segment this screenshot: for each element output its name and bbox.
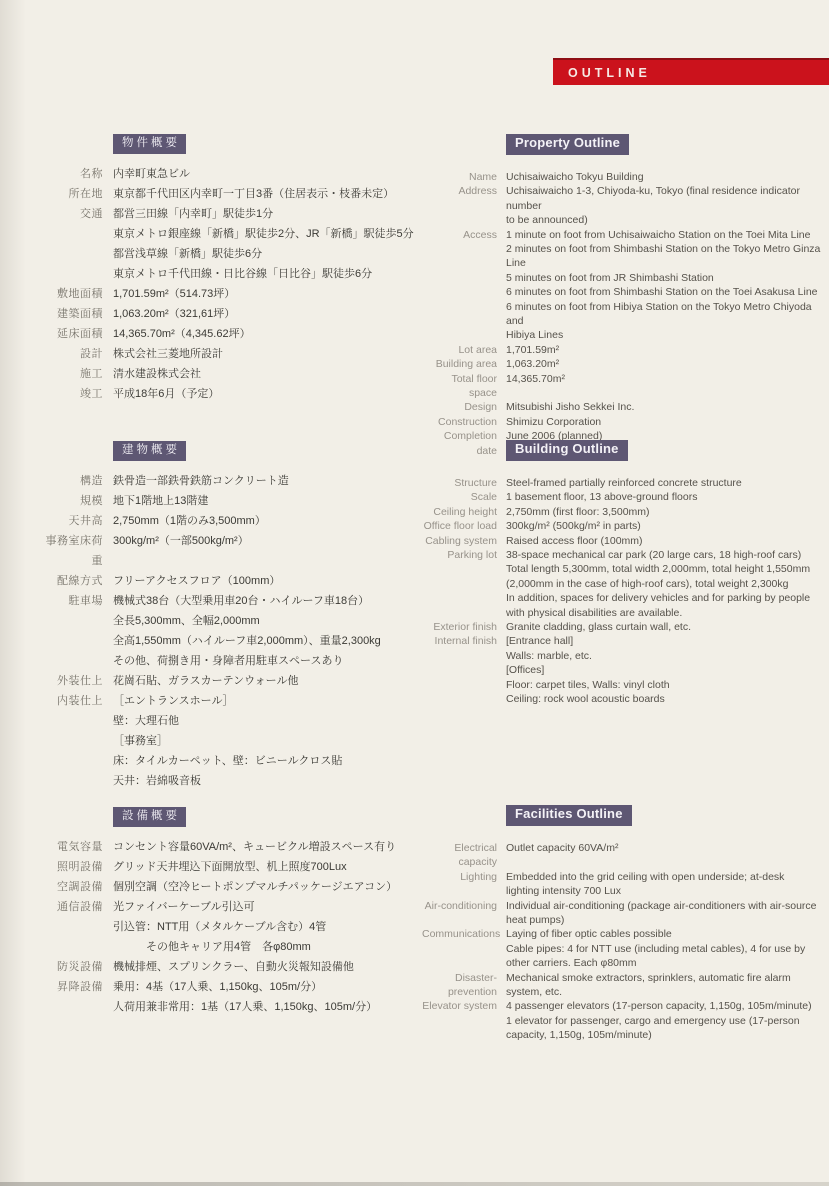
spec-value: Uchisaiwaicho 1-3, Chiyoda-ku, Tokyo (fi…	[506, 184, 824, 227]
spec-label: Exterior finish	[422, 620, 497, 634]
jp-facilities-rows: 電気容量コンセント容量60VA/m²、キュービクル増設スペース有り照明設備グリッ…	[36, 837, 424, 1017]
spec-label: Scale	[422, 490, 497, 504]
spec-value-line: system, etc.	[506, 985, 824, 999]
spec-value-line: 人荷用兼非常用：1基（17人乗、1,150kg、105m/分）	[113, 997, 424, 1017]
spec-value: 個別空調（空冷ヒートポンプマルチパッケージエアコン）	[113, 877, 424, 897]
spec-value-line: 機械排煙、スプリンクラー、自動火災報知設備他	[113, 957, 424, 977]
spec-value-line: heat pumps)	[506, 913, 824, 927]
spec-value: 4 passenger elevators (17-person capacit…	[506, 999, 824, 1042]
spec-row: Scale1 basement floor, 13 above-ground f…	[422, 490, 824, 504]
spec-row: Air-conditioningIndividual air-condition…	[422, 899, 824, 928]
spec-label: 所在地	[36, 184, 103, 204]
jp-section-facilities: 設備概要 電気容量コンセント容量60VA/m²、キュービクル増設スペース有り照明…	[36, 806, 424, 1017]
spec-row: Total floor space14,365.70m²	[422, 372, 824, 401]
spec-value: Steel-framed partially reinforced concre…	[506, 476, 824, 490]
spec-value: 光ファイバーケーブル引込可引込管：NTT用（メタルケーブル含む）4管 その他キャ…	[113, 897, 424, 957]
spec-label: 駐車場	[36, 591, 103, 611]
spec-value-line: Floor: carpet tiles, Walls: vinyl cloth	[506, 678, 824, 692]
spec-value: ［エントランスホール］壁：大理石他［事務室］床：タイルカーペット、壁：ビニールク…	[113, 691, 424, 791]
spec-label: Disaster-prevention	[422, 971, 497, 1000]
spec-value: 1,063.20m²（321,61坪）	[113, 304, 424, 324]
jp-property-rows: 名称内幸町東急ビル所在地東京都千代田区内幸町一丁目3番（住居表示・枝番未定）交通…	[36, 164, 424, 404]
spec-value-line: その他、荷捌き用・身障者用駐車スペースあり	[113, 651, 424, 671]
spec-value-line: Granite cladding, glass curtain wall, et…	[506, 620, 824, 634]
en-facilities-rows: Electrical capacityOutlet capacity 60VA/…	[422, 841, 824, 1043]
spec-row: Ceiling height2,750mm (first floor: 3,50…	[422, 505, 824, 519]
spec-value-line: フリーアクセスフロア（100mm）	[113, 571, 424, 591]
spec-label: Lighting	[422, 870, 497, 884]
spec-value: Uchisaiwaicho Tokyu Building	[506, 170, 824, 184]
spec-value-line: Mitsubishi Jisho Sekkei Inc.	[506, 400, 824, 414]
spec-value: 1,701.59m²（514.73坪）	[113, 284, 424, 304]
spec-value: 東京都千代田区内幸町一丁目3番（住居表示・枝番未定）	[113, 184, 424, 204]
spec-value-line: 東京メトロ銀座線「新橋」駅徒歩2分、JR「新橋」駅徒歩5分	[113, 224, 424, 244]
english-column: Property Outline NameUchisaiwaicho Tokyu…	[422, 0, 824, 1186]
spec-row: Disaster-preventionMechanical smoke extr…	[422, 971, 824, 1000]
spec-label: 延床面積	[36, 324, 103, 344]
spec-value: 300kg/m² (500kg/m² in parts)	[506, 519, 824, 533]
spec-label: 設計	[36, 344, 103, 364]
spec-value: 乗用：4基（17人乗、1,150kg、105m/分）人荷用兼非常用：1基（17人…	[113, 977, 424, 1017]
spec-value-line: 6 minutes on foot from Hibiya Station on…	[506, 300, 824, 329]
spec-row: 構造鉄骨造一部鉄骨鉄筋コンクリート造	[36, 471, 424, 491]
spec-label: Office floor load	[422, 519, 497, 533]
spec-value-line: 東京都千代田区内幸町一丁目3番（住居表示・枝番未定）	[113, 184, 424, 204]
spec-label: 交通	[36, 204, 103, 224]
spec-label: 名称	[36, 164, 103, 184]
spec-value: Outlet capacity 60VA/m²	[506, 841, 824, 855]
spec-value: Granite cladding, glass curtain wall, et…	[506, 620, 824, 634]
spec-value-line: Laying of fiber optic cables possible	[506, 927, 824, 941]
spec-value: Mechanical smoke extractors, sprinklers,…	[506, 971, 824, 1000]
spec-value-line: 清水建設株式会社	[113, 364, 424, 384]
spec-row: 外装仕上花崗石貼、ガラスカーテンウォール他	[36, 671, 424, 691]
spec-value-line: Uchisaiwaicho Tokyu Building	[506, 170, 824, 184]
spec-label: 事務室床荷重	[36, 531, 103, 571]
spec-value-line: 内幸町東急ビル	[113, 164, 424, 184]
spec-label: 空調設備	[36, 877, 103, 897]
spec-value-line: Total length 5,300mm, total width 2,000m…	[506, 562, 824, 576]
spec-value-line: ［エントランスホール］	[113, 691, 424, 711]
spec-value-line: Uchisaiwaicho 1-3, Chiyoda-ku, Tokyo (fi…	[506, 184, 824, 213]
spec-label: 敷地面積	[36, 284, 103, 304]
spec-value-line: 6 minutes on foot from Shimbashi Station…	[506, 285, 824, 299]
spec-value-line: 都営浅草線「新橋」駅徒歩6分	[113, 244, 424, 264]
spec-row: 竣工平成18年6月（予定）	[36, 384, 424, 404]
spec-row: Office floor load300kg/m² (500kg/m² in p…	[422, 519, 824, 533]
spec-label: Design	[422, 400, 497, 414]
spec-value-line: (2,000mm in the case of high-roof cars),…	[506, 577, 824, 591]
spec-row: NameUchisaiwaicho Tokyu Building	[422, 170, 824, 184]
spec-value: 38-space mechanical car park (20 large c…	[506, 548, 824, 620]
spec-value-line: 花崗石貼、ガラスカーテンウォール他	[113, 671, 424, 691]
spec-value-line: Outlet capacity 60VA/m²	[506, 841, 824, 855]
spec-value-line: 個別空調（空冷ヒートポンプマルチパッケージエアコン）	[113, 877, 424, 897]
spec-row: LightingEmbedded into the grid ceiling w…	[422, 870, 824, 899]
spec-value-line: 300kg/m²（一部500kg/m²）	[113, 531, 424, 551]
spec-row: 設計株式会社三菱地所設計	[36, 344, 424, 364]
spec-value: Shimizu Corporation	[506, 415, 824, 429]
spec-value-line: with physical disabilities are available…	[506, 606, 824, 620]
spec-label: 配線方式	[36, 571, 103, 591]
en-section-property: Property Outline NameUchisaiwaicho Tokyu…	[422, 134, 824, 458]
spec-value-line: 乗用：4基（17人乗、1,150kg、105m/分）	[113, 977, 424, 997]
spec-label: Total floor space	[422, 372, 497, 401]
spec-row: 所在地東京都千代田区内幸町一丁目3番（住居表示・枝番未定）	[36, 184, 424, 204]
spec-value-line: [Offices]	[506, 663, 824, 677]
spec-row: Cabling systemRaised access floor (100mm…	[422, 534, 824, 548]
spec-row: 電気容量コンセント容量60VA/m²、キュービクル増設スペース有り	[36, 837, 424, 857]
spec-row: 駐車場機械式38台（大型乗用車20台・ハイルーフ車18台）全長5,300mm、全…	[36, 591, 424, 671]
spec-label: Cabling system	[422, 534, 497, 548]
spec-value-line: コンセント容量60VA/m²、キュービクル増設スペース有り	[113, 837, 424, 857]
scan-edge-shading	[0, 0, 26, 1186]
spec-value-line: Hibiya Lines	[506, 328, 824, 342]
jp-section-title-property: 物件概要	[113, 134, 186, 154]
spec-value-line: 全長5,300mm、全幅2,000mm	[113, 611, 424, 631]
spec-row: 照明設備グリッド天井埋込下面開放型、机上照度700Lux	[36, 857, 424, 877]
jp-section-property: 物件概要 名称内幸町東急ビル所在地東京都千代田区内幸町一丁目3番（住居表示・枝番…	[36, 133, 424, 404]
spec-value-line: Embedded into the grid ceiling with open…	[506, 870, 824, 884]
spec-value: 内幸町東急ビル	[113, 164, 424, 184]
spec-value: 14,365.70m²	[506, 372, 824, 386]
spec-value-line: 1 minute on foot from Uchisaiwaicho Stat…	[506, 228, 824, 242]
spec-row: 空調設備個別空調（空冷ヒートポンプマルチパッケージエアコン）	[36, 877, 424, 897]
spec-value-line: 床：タイルカーペット、壁：ビニールクロス貼	[113, 751, 424, 771]
spec-value-line: other carriers. Each φ80mm	[506, 956, 824, 970]
spec-label: 昇降設備	[36, 977, 103, 997]
spec-value-line: 1,701.59m²	[506, 343, 824, 357]
spec-value: 株式会社三菱地所設計	[113, 344, 424, 364]
spec-value-line: 東京メトロ千代田線・日比谷線「日比谷」駅徒歩6分	[113, 264, 424, 284]
spec-label: Electrical capacity	[422, 841, 497, 870]
spec-value: Laying of fiber optic cables possibleCab…	[506, 927, 824, 970]
spec-row: Exterior finishGranite cladding, glass c…	[422, 620, 824, 634]
spec-row: Internal finish[Entrance hall]Walls: mar…	[422, 634, 824, 706]
spec-row: Lot area1,701.59m²	[422, 343, 824, 357]
japanese-column: 物件概要 名称内幸町東急ビル所在地東京都千代田区内幸町一丁目3番（住居表示・枝番…	[36, 0, 424, 1186]
spec-row: CommunicationsLaying of fiber optic cabl…	[422, 927, 824, 970]
spec-value-line: 14,365.70m²（4,345.62坪）	[113, 324, 424, 344]
spec-value: 鉄骨造一部鉄骨鉄筋コンクリート造	[113, 471, 424, 491]
spec-value: コンセント容量60VA/m²、キュービクル増設スペース有り	[113, 837, 424, 857]
spec-value-line: Mechanical smoke extractors, sprinklers,…	[506, 971, 824, 985]
spec-label: 建築面積	[36, 304, 103, 324]
spec-value: Raised access floor (100mm)	[506, 534, 824, 548]
spec-value-line: 1,063.20m²（321,61坪）	[113, 304, 424, 324]
en-property-rows: NameUchisaiwaicho Tokyu BuildingAddressU…	[422, 170, 824, 458]
spec-row: Elevator system4 passenger elevators (17…	[422, 999, 824, 1042]
spec-value-line: 地下1階地上13階建	[113, 491, 424, 511]
spec-value-line: 天井：岩綿吸音板	[113, 771, 424, 791]
spec-value: 地下1階地上13階建	[113, 491, 424, 511]
spec-value: 1,701.59m²	[506, 343, 824, 357]
spec-value-line: 38-space mechanical car park (20 large c…	[506, 548, 824, 562]
spec-value-line: Cable pipes: 4 for NTT use (including me…	[506, 942, 824, 956]
spec-value-line: [Entrance hall]	[506, 634, 824, 648]
spec-row: 通信設備光ファイバーケーブル引込可引込管：NTT用（メタルケーブル含む）4管 そ…	[36, 897, 424, 957]
spec-value-line: 5 minutes on foot from JR Shimbashi Stat…	[506, 271, 824, 285]
spec-value-line: 1 elevator for passenger, cargo and emer…	[506, 1014, 824, 1028]
spec-value-line: to be announced)	[506, 213, 824, 227]
spec-label: 天井高	[36, 511, 103, 531]
spec-value-line: 1 basement floor, 13 above-ground floors	[506, 490, 824, 504]
spec-row: Access1 minute on foot from Uchisaiwaich…	[422, 228, 824, 343]
spec-label: 照明設備	[36, 857, 103, 877]
spec-label: 施工	[36, 364, 103, 384]
spec-row: 施工清水建設株式会社	[36, 364, 424, 384]
spec-row: 昇降設備乗用：4基（17人乗、1,150kg、105m/分）人荷用兼非常用：1基…	[36, 977, 424, 1017]
spec-row: Parking lot38-space mechanical car park …	[422, 548, 824, 620]
spec-label: Address	[422, 184, 497, 198]
spec-label: Parking lot	[422, 548, 497, 562]
spec-value-line: 1,701.59m²（514.73坪）	[113, 284, 424, 304]
spec-label: 竣工	[36, 384, 103, 404]
spec-value-line: 引込管：NTT用（メタルケーブル含む）4管	[113, 917, 424, 937]
spec-row: Electrical capacityOutlet capacity 60VA/…	[422, 841, 824, 870]
spec-value-line: その他キャリア用4管 各φ80mm	[113, 937, 424, 957]
spec-row: 配線方式フリーアクセスフロア（100mm）	[36, 571, 424, 591]
spec-row: 規模地下1階地上13階建	[36, 491, 424, 511]
spec-value-line: 300kg/m² (500kg/m² in parts)	[506, 519, 824, 533]
spec-value-line: ［事務室］	[113, 731, 424, 751]
spec-row: 天井高2,750mm（1階のみ3,500mm）	[36, 511, 424, 531]
spec-value-line: Raised access floor (100mm)	[506, 534, 824, 548]
spec-label: 外装仕上	[36, 671, 103, 691]
spec-value-line: lighting intensity 700 Lux	[506, 884, 824, 898]
spec-value-line: Individual air-conditioning (package air…	[506, 899, 824, 913]
spec-row: 事務室床荷重300kg/m²（一部500kg/m²）	[36, 531, 424, 571]
spec-value: 都営三田線「内幸町」駅徒歩1分東京メトロ銀座線「新橋」駅徒歩2分、JR「新橋」駅…	[113, 204, 424, 284]
spec-value: 1,063.20m²	[506, 357, 824, 371]
spec-label: Ceiling height	[422, 505, 497, 519]
spec-row: ConstructionShimizu Corporation	[422, 415, 824, 429]
spec-value: 1 basement floor, 13 above-ground floors	[506, 490, 824, 504]
spec-value-line: 壁：大理石他	[113, 711, 424, 731]
en-section-building: Building Outline StructureSteel-framed p…	[422, 440, 824, 706]
spec-value: 花崗石貼、ガラスカーテンウォール他	[113, 671, 424, 691]
spec-value: 1 minute on foot from Uchisaiwaicho Stat…	[506, 228, 824, 343]
spec-value: 14,365.70m²（4,345.62坪）	[113, 324, 424, 344]
spec-row: 名称内幸町東急ビル	[36, 164, 424, 184]
spec-value-line: Ceiling: rock wool acoustic boards	[506, 692, 824, 706]
spec-value-line: 4 passenger elevators (17-person capacit…	[506, 999, 824, 1013]
spec-row: StructureSteel-framed partially reinforc…	[422, 476, 824, 490]
spec-value-line: Walls: marble, etc.	[506, 649, 824, 663]
spec-value: 300kg/m²（一部500kg/m²）	[113, 531, 424, 551]
spec-label: Structure	[422, 476, 497, 490]
spec-value: フリーアクセスフロア（100mm）	[113, 571, 424, 591]
spec-value-line: 鉄骨造一部鉄骨鉄筋コンクリート造	[113, 471, 424, 491]
spec-value-line: 機械式38台（大型乗用車20台・ハイルーフ車18台）	[113, 591, 424, 611]
spec-value-line: Shimizu Corporation	[506, 415, 824, 429]
spec-value-line: 全高1,550mm（ハイルーフ車2,000mm）、重量2,300kg	[113, 631, 424, 651]
spec-value-line: 14,365.70m²	[506, 372, 824, 386]
spec-label: 電気容量	[36, 837, 103, 857]
spec-label: Name	[422, 170, 497, 184]
spec-value: 平成18年6月（予定）	[113, 384, 424, 404]
spec-value-line: 都営三田線「内幸町」駅徒歩1分	[113, 204, 424, 224]
spec-row: 敷地面積1,701.59m²（514.73坪）	[36, 284, 424, 304]
spec-row: DesignMitsubishi Jisho Sekkei Inc.	[422, 400, 824, 414]
spec-label: Lot area	[422, 343, 497, 357]
spec-value: 機械式38台（大型乗用車20台・ハイルーフ車18台）全長5,300mm、全幅2,…	[113, 591, 424, 671]
spec-value: Mitsubishi Jisho Sekkei Inc.	[506, 400, 824, 414]
en-section-facilities: Facilities Outline Electrical capacityOu…	[422, 805, 824, 1043]
spec-row: Building area1,063.20m²	[422, 357, 824, 371]
spec-value: 2,750mm（1階のみ3,500mm）	[113, 511, 424, 531]
spec-label: 防災設備	[36, 957, 103, 977]
spec-value-line: 光ファイバーケーブル引込可	[113, 897, 424, 917]
spec-value-line: 2,750mm（1階のみ3,500mm）	[113, 511, 424, 531]
spec-value: グリッド天井埋込下面開放型、机上照度700Lux	[113, 857, 424, 877]
spec-row: 防災設備機械排煙、スプリンクラー、自動火災報知設備他	[36, 957, 424, 977]
en-section-title-facilities: Facilities Outline	[506, 805, 632, 826]
jp-section-title-facilities: 設備概要	[113, 807, 186, 827]
spec-value-line: グリッド天井埋込下面開放型、机上照度700Lux	[113, 857, 424, 877]
en-building-rows: StructureSteel-framed partially reinforc…	[422, 476, 824, 707]
spec-value: 2,750mm (first floor: 3,500mm)	[506, 505, 824, 519]
spec-value-line: 平成18年6月（予定）	[113, 384, 424, 404]
spec-row: AddressUchisaiwaicho 1-3, Chiyoda-ku, To…	[422, 184, 824, 227]
spec-label: Elevator system	[422, 999, 497, 1013]
en-section-title-building: Building Outline	[506, 440, 628, 461]
spec-value: [Entrance hall]Walls: marble, etc.[Offic…	[506, 634, 824, 706]
en-section-title-property: Property Outline	[506, 134, 629, 155]
spec-value-line: In addition, spaces for delivery vehicle…	[506, 591, 824, 605]
spec-value-line: 2 minutes on foot from Shimbashi Station…	[506, 242, 824, 271]
spec-value-line: capacity, 1,150g, 105m/minute)	[506, 1028, 824, 1042]
jp-section-building: 建物概要 構造鉄骨造一部鉄骨鉄筋コンクリート造規模地下1階地上13階建天井高2,…	[36, 440, 424, 791]
spec-value-line: 株式会社三菱地所設計	[113, 344, 424, 364]
scan-edge-bottom	[0, 1182, 829, 1186]
spec-label: 通信設備	[36, 897, 103, 917]
spec-value-line: Steel-framed partially reinforced concre…	[506, 476, 824, 490]
spec-label: 内装仕上	[36, 691, 103, 711]
spec-row: 延床面積14,365.70m²（4,345.62坪）	[36, 324, 424, 344]
jp-section-title-building: 建物概要	[113, 441, 186, 461]
spec-row: 内装仕上［エントランスホール］壁：大理石他［事務室］床：タイルカーペット、壁：ビ…	[36, 691, 424, 791]
spec-value-line: 1,063.20m²	[506, 357, 824, 371]
spec-value: 清水建設株式会社	[113, 364, 424, 384]
spec-value: 機械排煙、スプリンクラー、自動火災報知設備他	[113, 957, 424, 977]
spec-label: Access	[422, 228, 497, 242]
spec-row: 建築面積1,063.20m²（321,61坪）	[36, 304, 424, 324]
spec-label: 構造	[36, 471, 103, 491]
spec-value-line: 2,750mm (first floor: 3,500mm)	[506, 505, 824, 519]
spec-label: 規模	[36, 491, 103, 511]
jp-building-rows: 構造鉄骨造一部鉄骨鉄筋コンクリート造規模地下1階地上13階建天井高2,750mm…	[36, 471, 424, 791]
spec-label: Construction	[422, 415, 497, 429]
spec-label: Internal finish	[422, 634, 497, 648]
spec-row: 交通都営三田線「内幸町」駅徒歩1分東京メトロ銀座線「新橋」駅徒歩2分、JR「新橋…	[36, 204, 424, 284]
spec-label: Communications	[422, 927, 497, 941]
spec-value: Embedded into the grid ceiling with open…	[506, 870, 824, 899]
spec-label: Building area	[422, 357, 497, 371]
spec-label: Air-conditioning	[422, 899, 497, 913]
spec-value: Individual air-conditioning (package air…	[506, 899, 824, 928]
